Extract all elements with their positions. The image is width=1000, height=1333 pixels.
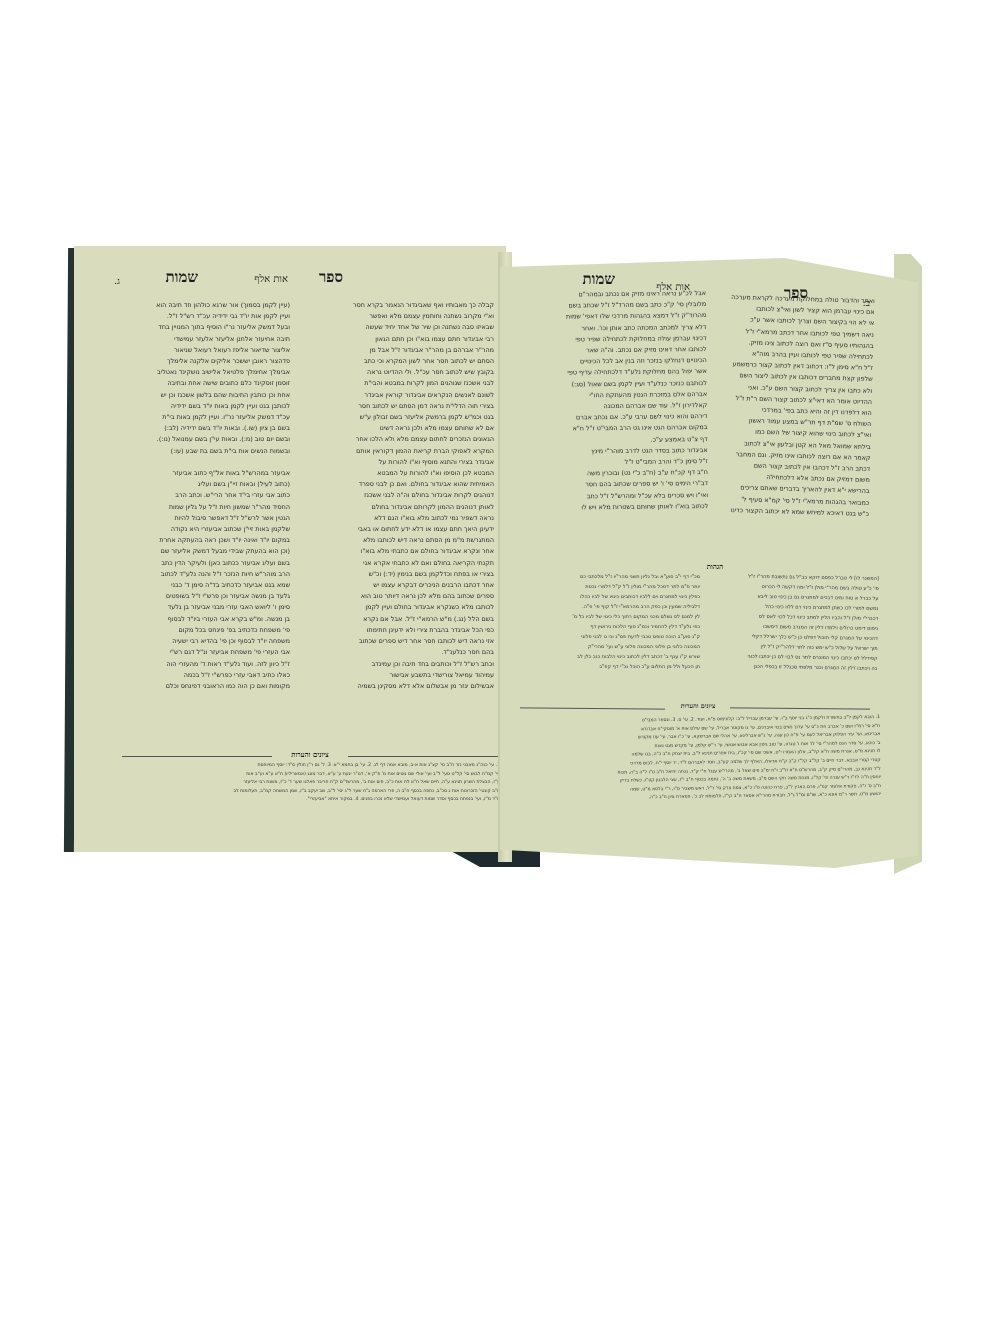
text-line: ק"ג סוע"ב הוכה טופם טכבי לדעת פמ"ג וכי נ… — [518, 632, 700, 642]
running-title-right: ספר — [319, 268, 343, 287]
text-line — [100, 457, 290, 468]
text-line: הרב מוהר"ש חיות הנזכר ז"ל והנה נלע"ד לכת… — [100, 569, 290, 580]
text-line: לכותבן בגט ועיין לקמן באות יו"ד בשם ידיד… — [100, 401, 290, 412]
notes-divider-left — [122, 756, 272, 757]
text-line: בשם בן ציון (שו.). ובאות יו"ד בשם ידידיה… — [100, 423, 290, 434]
text-line: סימן ו' ליואש האבי עזרי מבני אביעזר בן ג… — [100, 602, 290, 613]
text-line: כפי נלע"ד דלין להחמיר וכמ"נ סוף הלכות גי… — [518, 622, 700, 632]
text-line: תיבה אחיעזר אלחנן אליעזר אלעזר עמישדי — [100, 334, 290, 345]
text-line: פדהצור ראובן יששכר אליקים אלקנה אלימלך — [100, 356, 290, 367]
notes-title: ציונים והערות — [668, 702, 728, 710]
text-line: פי' קמ"ח לבוש סי' קל"ט סעי' ל"ב ועי' אול… — [120, 771, 500, 780]
text-line: האמיתית שהוא אביגדור בחולם. ואם כן לבני … — [298, 479, 494, 490]
text-line: מקומות ואם כן הוה כמו הראובני דפינחס וכל… — [100, 681, 290, 692]
text-line: לין למנם לס נשלם מכני המקום רתוך כלי כינ… — [518, 612, 700, 622]
text-line: בצירי או בפתח וכדלקמן בשם בנימין (יד:) ו… — [298, 569, 494, 580]
left-page-footnotes: 1. עי' כנה"ג מאבני נזר ח"ב סי' קצ"ג אות … — [120, 762, 500, 810]
text-line: משפחה יו"ד לבסוף וכן פי' בהדיא רבי ישעיה — [100, 636, 290, 647]
text-line: אחר ונקרא אביגדור בחולם אם כתבתי מלא בוא… — [298, 546, 494, 557]
text-line: בהם חסר כנלענ"ד. — [298, 647, 494, 658]
text-line: החסיד מהר"ר שמשון חיות ז"ל על גליון שמות — [100, 502, 290, 513]
text-line: אבי העזרי פי' משפחת אביעזר ונ"ל דגם רש"י — [100, 647, 290, 658]
letter-heading: אות אלף — [254, 274, 288, 285]
text-line: ח"ב קונטי' הזכרונות אות ג סכ"ב, נחפה בכס… — [120, 788, 500, 797]
notes-divider-right — [348, 756, 498, 757]
text-line: המכונה כלוני בן פלוני המכונה פלוני ע"ש ו… — [518, 642, 700, 652]
text-line: בקובץ שיש לכתוב חסר עכ"ל. ולי ההדיוט נרא… — [298, 367, 494, 378]
text-line: תקנתי הקריאה בחולם ואם לא כתבתי אקרא אני — [298, 558, 494, 569]
text-line: ספרים שכתוב בהם מלא לכן נראה דיותר טוב ה… — [298, 591, 494, 602]
text-line: ועיין לקמן אות יו"ד גבי ידידיה עכ"ד רש"ל… — [100, 311, 290, 322]
text-line: לכותבו מלא כשנקרא אביגדור בחולם ועיין לק… — [298, 602, 494, 613]
text-line: שבאיזו סבה נשתנה וכן שיר של אחד יחיד שעש… — [298, 322, 494, 333]
text-line: קבלה כך מאבותיו ואף שאביגדור הנאמר בקרא … — [298, 300, 494, 311]
text-line: (כתוב לעיל) ובאות זיי"ן בשם ועליג — [100, 479, 290, 490]
running-title-left: שמות — [583, 270, 616, 289]
text-line: גלעד בן מנשה אביעזר וכן פרש"י ז"ל בשופטי… — [100, 591, 290, 602]
text-line: המקרא לאפוקי הברת קריאת ההמון דקוראין או… — [298, 446, 494, 457]
text-line: לאותן דנוהגים ההמון לקרותם אביגדור בחולם — [298, 502, 494, 513]
text-line: הגאונים הנזכרים לחתום עצמם מלא ולא הלכו … — [298, 434, 494, 445]
text-line: לשונם לאנשים הנקראים אביגדור קוראין אביג… — [298, 390, 494, 401]
text-line: ובשמות הנשים אות בי"ת בשם בת שבע (עו:) — [100, 446, 290, 457]
text-line: כתוב אבי עזרי בי"ד אחר הרי"ש. וכתב הרב — [100, 490, 290, 501]
text-line: במקום יו"ד ואינה יו"ד ושכן ראה בהעתקה אח… — [100, 535, 290, 546]
text-line: בצירי תוה הדלי"ת נראה דמן הסתם יש לכתוב … — [298, 401, 494, 412]
text-line: אזי נראה דיש לכותבו חסר אחר דיש ספרים שכ… — [298, 636, 494, 647]
right-page-column-right: ואחר והדבור טולה במחלוקת מערכה לקראת מער… — [708, 292, 875, 552]
text-line: שורש ק"ו ענף ב' דכתב דלין לכתוב כינוי הל… — [518, 652, 700, 662]
right-page-column-left: אבל לכ"ע נראה ראינו מזיק אם נכתב ובמהר"ם… — [516, 288, 709, 552]
text-line: לבני אשכנז שנוהגים המון לקרות במבטא והבי… — [298, 378, 494, 389]
left-page-column-left: (עיין לקמן בסמוך) אור שרגא כולהון חד תיב… — [100, 300, 290, 722]
text-line: (עיין לקמן בסמוך) אור שרגא כולהון חד תיב… — [100, 300, 290, 311]
text-line: אבימלך אחימלך פלטיאל אלישיב נושקינד נאטל… — [100, 367, 290, 378]
open-book: ספר אות אלף שמות ג. קבלה כך מאבותיו ואף … — [0, 0, 1000, 1333]
text-line: כפלין כינוי למתגרם וים ללביו דכותבים כינ… — [518, 592, 700, 602]
text-line: שלקמן באות זיי"ן שכתוב אביעזרי היא נקודה — [100, 524, 290, 535]
right-page-footnotes: 1. הובא לקמן ל"ב בתשורת ולקמן כ"ג בני יו… — [518, 714, 881, 811]
text-line: זוסמן זוסקינד כלם כתובים שישה אחת ובתיבה — [100, 378, 290, 389]
text-line: (וכן הוא בהעתק שבידי מבעל דמשק אליעזר שם — [100, 546, 290, 557]
text-line: כאלו כתיב דאבי עזרי כפרש"י ז"ל בכמה — [100, 670, 290, 681]
text-line: הגטין אשר לרש"ל ז"ל דאפשר סיבול להיות — [100, 513, 290, 524]
text-line: מהר"ר אברהם בן מהר"ר אביגדור ז"ל אבל מן — [298, 345, 494, 356]
text-line: הסתם יש לכתוב חסר אחר לשון המקרא וכי כתב — [298, 356, 494, 367]
text-line: תן הכעל ולל מן התלום ע"כ הוכל נכ"י דף קפ… — [518, 662, 700, 672]
text-line: המתגרשת מ"מ מן הסתם נראה דיש לכותבו מלא — [298, 535, 494, 546]
hagahot-column-right: [המשנר לו] לי טברל כפסם דוקא בב"ל גם נתש… — [705, 571, 879, 674]
text-line: אבשילום יגזר מן אבשלום אלא דלא מסקינן בש… — [298, 681, 494, 692]
text-line: עמיהוד עמיאל צורישדי בתשבע אבישור — [298, 670, 494, 681]
text-line: כפי הכל אביגדר בהברת צירי ולא ידעינן חתי… — [298, 625, 494, 636]
text-line: שמא בגט אביעזר כדכתיב בד"ה סימן ד' כבני — [100, 580, 290, 591]
hagahot-title: הגהות — [690, 562, 740, 571]
text-line: בגט וכמ"ש לקמן ברמשק אליעזר בשם זבולון ע… — [298, 412, 494, 423]
text-line: בשם הלל (נג.) מ"ש הרמא"י ז"ל. אבל אם נקר… — [298, 614, 494, 625]
notes-title: ציונים והערות — [275, 750, 345, 759]
hagahot-column-left: מכ"י דף י"ב סוע"א ובל גליון תשני מהר"יו … — [518, 572, 700, 672]
running-title-left: שמות — [166, 268, 199, 287]
text-line: בן מנשה. ומ"ש בקרא אבי העזרי ביו"ד לבסוף — [100, 614, 290, 625]
text-line: ע"ז, הבצלת השרון תנינא ע"ה, חיים שאל ח"א… — [120, 779, 500, 788]
text-line: 1. עי' כנה"ג מאבני נזר ח"ב סי' קצ"ג אות … — [120, 762, 500, 771]
text-line: לכתוב בוא"ו לאותן שחותם בשטרות מלא ויש ל… — [518, 501, 708, 514]
text-line: ז"ל כיוון לזה. ועוד נלע"ד ראות ד' מהעזרי… — [100, 659, 290, 670]
text-line: ח"ד מ"ז, ועי' בנפתח בכסף וסדר שמות דעואל… — [120, 796, 500, 805]
page-number: ג. — [114, 276, 120, 287]
left-page-column-right: קבלה כך מאבותיו ואף שאביגדור הנאמר בקרא … — [298, 300, 494, 722]
text-line: ידעינן היאך חתם עצמו או דלא ידע לחתום או… — [298, 524, 494, 535]
text-line: עכ"ד דמשק אליעזר נר"ו. ועיין לקמן באות ב… — [100, 412, 290, 423]
text-line: דנוהגים לקרות אביגדור בחולם וה"ה לבני אש… — [298, 490, 494, 501]
text-line: דלביליה שמעין וכן כפק הרב מהרמא"י ז"ל קו… — [518, 602, 700, 612]
text-line: מכ"י דף י"ב סוע"א ובל גליון תשני מהר"יו … — [518, 572, 700, 582]
text-line: אחת וכן כותבין התיבות שהם בלשון אשכנז וכ… — [100, 390, 290, 401]
text-line: פי' משפחת כדכתיב בפ' פינחס בכל מקום — [100, 625, 290, 636]
text-line: אם לא שחותם עצמו מלא ולכן נראה דשינו — [298, 423, 494, 434]
text-line: אביגדר בצירי והתנא מוסיף וא"ו להורות על — [298, 457, 494, 468]
text-line: וכתב רש"ל ז"ל וכותבים בחד תיבה וכן עמינד… — [298, 659, 494, 670]
text-line: אביעזר במהרש"ל באות אל"ף כתוב אביעזר — [100, 468, 290, 479]
text-line: רבי אביגדור חתם עצמו בוא"ו וכן חתם הגאון — [298, 334, 494, 345]
text-line: ובשם יום טוב (מ:). ובאות עי"ן בשם עמנואל… — [100, 434, 290, 445]
text-line: יותר פ"מ לתר דסכל מהר"י מולין ז"ל ק"ל דל… — [518, 582, 700, 592]
text-line: ובעל דמשק אליעזר נר"ו הוסיף בתוך המנויין… — [100, 322, 290, 333]
text-line: נראה דשפיר נמי לכתוב מלא בוא"ו הגם דלא — [298, 513, 494, 524]
text-line: וא"י מקרוב נשתנה וחותמין עצמם מלא ואפשר — [298, 311, 494, 322]
text-line: בשם ועליג אביעזר ככתוב כאן) ולעיקר הדין … — [100, 558, 290, 569]
text-line: המבטא לכן הוסיפו וא"ו להורות על המבטא — [298, 468, 494, 479]
text-line: אחר דכתבו הרבנים הניכרים דבקרא עצמו יש — [298, 580, 494, 591]
text-line: אליצור שדיאור אליפז רעואל רעואל שניאור — [100, 345, 290, 356]
